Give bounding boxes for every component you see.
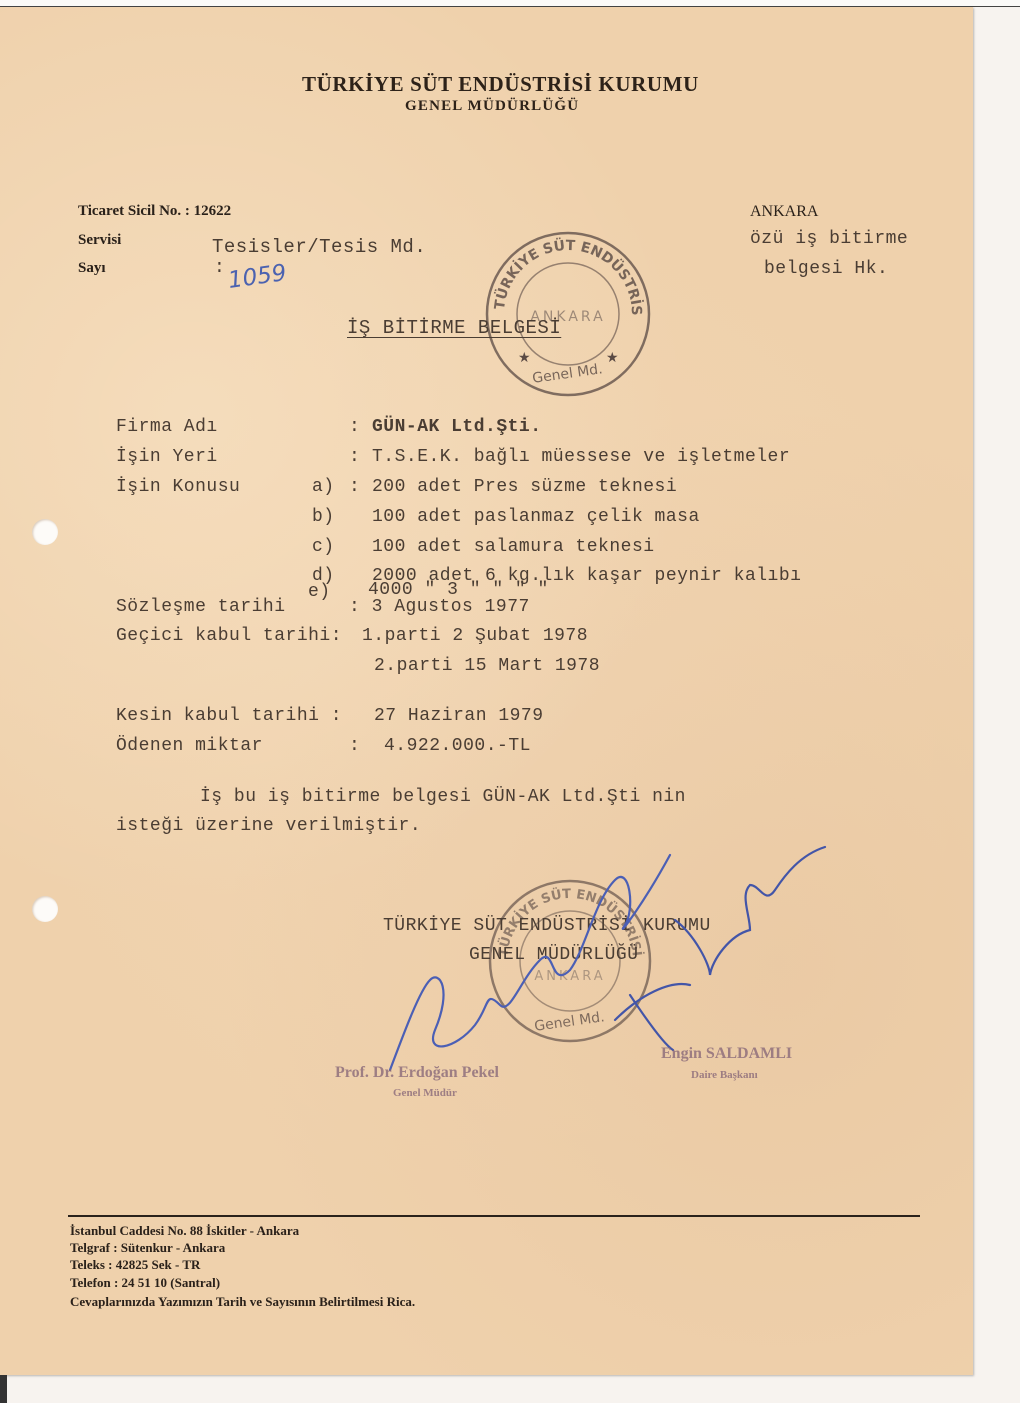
city: ANKARA [750, 203, 818, 221]
footer-telex: Teleks : 42825 Sek - TR [70, 1256, 200, 1273]
scope-item-a: 200 adet Pres süzme teknesi [372, 477, 677, 497]
provisional-acceptance-label: Geçici kabul tarihi: [116, 626, 342, 646]
footer-address: İstanbul Caddesi No. 88 İskitler - Ankar… [70, 1222, 299, 1239]
field-sep-location: : [349, 447, 360, 467]
field-value-firm: GÜN-AK Ltd.Şti. [372, 417, 542, 437]
service-value: Tesisler/Tesis Md. [212, 236, 426, 258]
footer-telephone: Telefon : 24 51 10 (Santral) [70, 1274, 220, 1291]
paid-amount-value: 4.922.000.-TL [384, 736, 531, 756]
letterhead-org-name: TÜRKİYE SÜT ENDÜSTRİSİ KURUMU [302, 72, 699, 97]
field-label-firm: Firma Adı [116, 417, 218, 437]
scope-marker-c: c) [312, 537, 335, 557]
subject-line-1: özü iş bitirme [750, 229, 908, 249]
final-acceptance-label: Kesin kabul tarihi : [116, 706, 342, 726]
footer-note: Cevaplarınızda Yazımızın Tarih ve Sayısı… [70, 1293, 415, 1310]
scope-item-c: 100 adet salamura teknesi [372, 537, 655, 557]
paid-amount-label: Ödenen miktar [116, 736, 263, 756]
field-value-location: T.S.E.K. bağlı müessese ve işletmeler [372, 447, 790, 467]
scanner-left-edge [0, 1375, 7, 1403]
document-title: İŞ BİTİRME BELGESİ [347, 317, 561, 339]
svg-text:★: ★ [606, 351, 619, 366]
punch-hole-bottom [32, 896, 58, 922]
field-sep-scope: : [349, 477, 360, 497]
signer-1-name: Prof. Dr. Erdoğan Pekel [335, 1064, 499, 1082]
number-colon: : [214, 258, 225, 278]
number-label: Sayı [78, 260, 106, 277]
subject-line-2: belgesi Hk. [764, 259, 888, 279]
closing-line-1: İş bu iş bitirme belgesi GÜN-AK Ltd.Şti … [200, 787, 686, 807]
paid-amount-sep: : [349, 736, 360, 756]
scope-marker-e: e) [308, 582, 331, 602]
signature-department-head [600, 835, 840, 1055]
provisional-acceptance-1: 1.parti 2 Şubat 1978 [362, 626, 588, 646]
final-acceptance-value: 27 Haziran 1979 [374, 706, 544, 726]
scanner-top-edge [0, 0, 1020, 7]
field-label-location: İşin Yeri [116, 447, 218, 467]
signer-1-title: Genel Müdür [393, 1087, 457, 1099]
closing-line-2: isteği üzerine verilmiştir. [116, 816, 421, 836]
footer-divider [68, 1215, 920, 1217]
official-seal-top: TÜRKİYE SÜT ENDÜSTRİSİ KURUMU ANKARA Gen… [482, 228, 654, 400]
scope-item-b: 100 adet paslanmaz çelik masa [372, 507, 700, 527]
signer-2-name: Engin SALDAMLI [661, 1045, 792, 1063]
svg-text:Genel Md.: Genel Md. [531, 361, 603, 387]
svg-text:TÜRKİYE SÜT ENDÜSTRİSİ KURUMU: TÜRKİYE SÜT ENDÜSTRİSİ KURUMU [482, 228, 644, 316]
contract-date-value: : 3 Agustos 1977 [349, 597, 530, 617]
trade-registry-number: Ticaret Sicil No. : 12622 [78, 203, 231, 220]
field-sep-firm: : [349, 417, 360, 437]
field-label-scope: İşin Konusu [116, 477, 240, 497]
scope-marker-b: b) [312, 507, 335, 527]
provisional-acceptance-2: 2.parti 15 Mart 1978 [374, 656, 600, 676]
footer-telegraph: Telgraf : Sütenkur - Ankara [70, 1239, 225, 1256]
punch-hole-top [32, 519, 58, 545]
scope-marker-a: a) [312, 477, 335, 497]
contract-date-label: Sözleşme tarihi [116, 597, 286, 617]
signer-2-title: Daire Başkanı [691, 1069, 758, 1081]
letterhead-org-sub: GENEL MÜDÜRLÜĞÜ [405, 98, 579, 115]
service-label: Servisi [78, 232, 121, 249]
svg-text:★: ★ [518, 351, 531, 366]
